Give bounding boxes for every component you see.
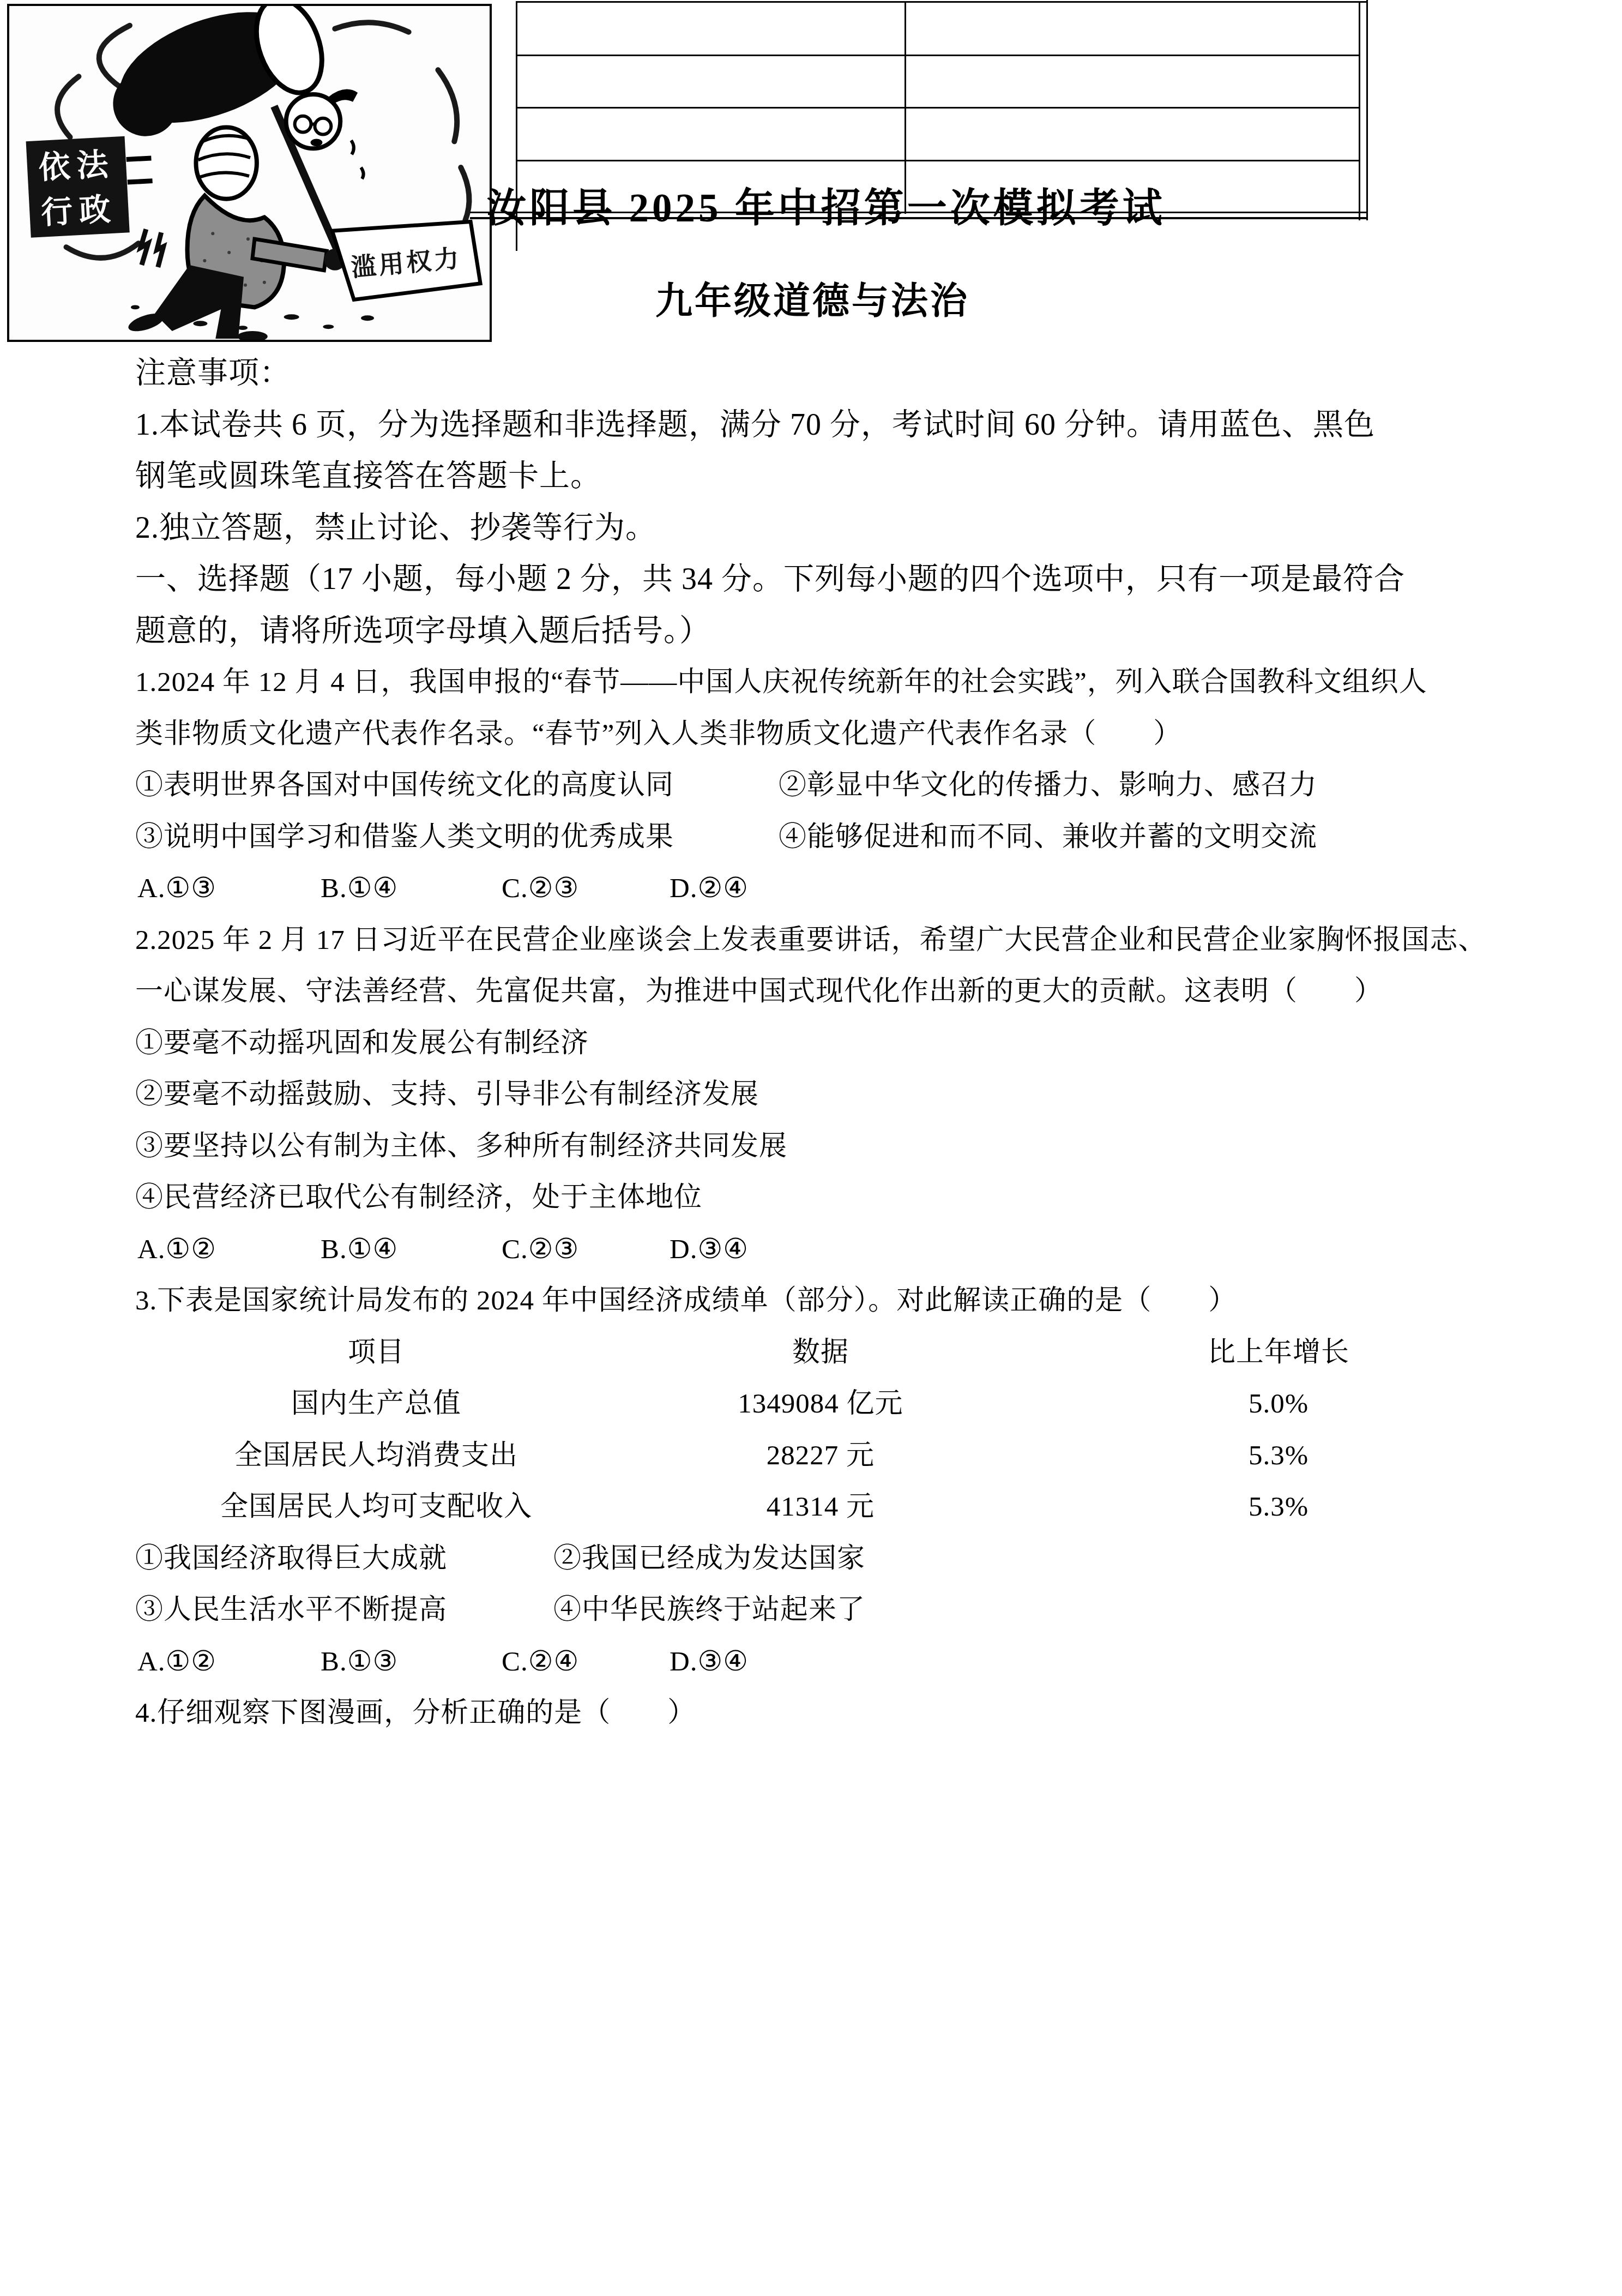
table-border-line: [516, 1, 1368, 3]
q3-row1-growth: 5.0%: [1249, 1378, 1309, 1430]
q2-choice-B: B.①④: [321, 1224, 398, 1276]
q2-statement-3: ③要坚持以公有制为主体、多种所有制经济共同发展: [135, 1121, 1585, 1173]
q3-table-header-item: 项目: [348, 1327, 405, 1379]
q2-choices: A.①② B.①④ C.②③ D.③④: [135, 1224, 1585, 1276]
title-strike-line: [470, 212, 1368, 213]
q3-table-header-data: 数据: [792, 1327, 849, 1379]
gloved-hand: [196, 128, 256, 199]
q2-text-line-2: 一心谋发展、守法善经营、先富促共富，为推进中国式现代化作出新的更大的贡献。这表明…: [135, 966, 1585, 1018]
q1-text-line-2: 类非物质文化遗产代表作名录。“春节”列入人类非物质文化遗产代表作名录（ ）: [135, 708, 1585, 760]
table-border-line: [1366, 0, 1368, 220]
q3-row1-item: 国内生产总值: [291, 1378, 461, 1430]
q3-table-row-3: 全国居民人均可支配收入 41314 元 5.3%: [135, 1481, 1585, 1533]
q3-table-row-1: 国内生产总值 1349084 亿元 5.0%: [135, 1378, 1585, 1430]
cartoon-drawing: 依法 行政: [9, 6, 490, 340]
exam-title: 汝阳县 2025 年中招第一次模拟考试: [486, 184, 1166, 232]
q3-row2-item: 全国居民人均消费支出: [234, 1430, 518, 1482]
q4-text-line-1: 4.仔细观察下图漫画，分析正确的是（ ）: [135, 1687, 1585, 1739]
q3-table-header-row: 项目 数据 比上年增长: [135, 1327, 1585, 1379]
table-border-line: [516, 55, 1360, 56]
flag-text-top: 依法: [38, 147, 116, 185]
q3-statements-34: ③人民生活水平不断提高 ④中华民族终于站起来了: [135, 1584, 1585, 1636]
exam-paper-page: 依法 行政: [0, 0, 1622, 2296]
q1-statement-4: ④能够促进和而不同、兼收并蓄的文明交流: [779, 812, 1317, 863]
q2-choice-C: C.②③: [502, 1224, 579, 1276]
q4-editorial-cartoon: 依法 行政: [7, 4, 492, 342]
q2-statement-2: ②要毫不动摇鼓励、支持、引导非公有制经济发展: [135, 1069, 1585, 1121]
q3-choice-D: D.③④: [670, 1636, 749, 1688]
rule-of-law-flag: 依法 行政: [26, 135, 155, 238]
q1-statement-3: ③说明中国学习和借鉴人类文明的优秀成果: [135, 822, 674, 852]
table-border-line: [1359, 1, 1360, 220]
notice-heading: 注意事项：: [135, 347, 1585, 399]
flag-text-bottom: 行政: [40, 192, 118, 231]
table-border-line: [516, 107, 1360, 109]
q3-statement-1: ①我国经济取得巨大成就: [135, 1543, 447, 1574]
q3-text-line-1: 3.下表是国家统计局发布的 2024 年中国经济成绩单（部分）。对此解读正确的是…: [135, 1275, 1585, 1327]
q1-statement-2: ②彰显中华文化的传播力、影响力、感召力: [779, 760, 1317, 812]
exam-body: 注意事项： 1.本试卷共 6 页，分为选择题和非选择题，满分 70 分，考试时间…: [135, 347, 1585, 1739]
q2-choice-A: A.①②: [137, 1224, 216, 1276]
q3-row1-data: 1349084 亿元: [738, 1378, 903, 1430]
q3-row3-growth: 5.3%: [1249, 1481, 1309, 1533]
title-strike-line: [470, 217, 1368, 219]
q3-row3-data: 41314 元: [767, 1481, 875, 1533]
notice-line-1b: 钢笔或圆珠笔直接答在答题卡上。: [135, 450, 1585, 502]
q3-choices: A.①② B.①③ C.②④ D.③④: [135, 1636, 1585, 1688]
q3-table-header-growth: 比上年增长: [1208, 1327, 1349, 1379]
table-border-line: [905, 1, 906, 214]
q1-choice-C: C.②③: [502, 863, 579, 915]
q1-choices: A.①③ B.①④ C.②③ D.②④: [135, 863, 1585, 915]
q2-choice-D: D.③④: [670, 1224, 749, 1276]
q1-choice-B: B.①④: [321, 863, 398, 915]
q2-text-line-1: 2.2025 年 2 月 17 日习近平在民营企业座谈会上发表重要讲话，希望广大…: [135, 915, 1585, 966]
q1-text-line-1: 1.2024 年 12 月 4 日，我国申报的“春节——中国人庆祝传统新年的社会…: [135, 657, 1585, 708]
q3-choice-C: C.②④: [502, 1636, 579, 1688]
notice-line-1a: 1.本试卷共 6 页，分为选择题和非选择题，满分 70 分，考试时间 60 分钟…: [135, 399, 1585, 451]
q1-statement-1: ①表明世界各国对中国传统文化的高度认同: [135, 770, 674, 801]
q3-statement-2: ②我国已经成为发达国家: [553, 1533, 865, 1585]
q3-statement-3: ③人民生活水平不断提高: [135, 1595, 447, 1625]
q2-statement-4: ④民营经济已取代公有制经济，处于主体地位: [135, 1172, 1585, 1224]
q3-row3-item: 全国居民人均可支配收入: [220, 1481, 532, 1533]
q3-table-row-2: 全国居民人均消费支出 28227 元 5.3%: [135, 1430, 1585, 1482]
section1-heading-line-2: 题意的，请将所选项字母填入题后括号。）: [135, 605, 1585, 657]
q1-statements-34: ③说明中国学习和借鉴人类文明的优秀成果 ④能够促进和而不同、兼收并蓄的文明交流: [135, 812, 1585, 863]
q2-statement-1: ①要毫不动摇巩固和发展公有制经济: [135, 1018, 1585, 1069]
q3-row2-growth: 5.3%: [1249, 1430, 1309, 1482]
notice-line-2: 2.独立答题，禁止讨论、抄袭等行为。: [135, 502, 1585, 554]
shake-marks: [141, 229, 164, 267]
q3-choice-B: B.①③: [321, 1636, 398, 1688]
q3-statements-12: ①我国经济取得巨大成就 ②我国已经成为发达国家: [135, 1533, 1585, 1585]
q1-statements-12: ①表明世界各国对中国传统文化的高度认同 ②彰显中华文化的传播力、影响力、感召力: [135, 760, 1585, 812]
exam-subject-title: 九年级道德与法治: [655, 279, 969, 324]
section1-heading-line-1: 一、选择题（17 小题，每小题 2 分，共 34 分。下列每小题的四个选项中，只…: [135, 554, 1585, 605]
q1-choice-D: D.②④: [670, 863, 749, 915]
table-border-line: [516, 160, 1360, 161]
q3-statement-4: ④中华民族终于站起来了: [553, 1584, 865, 1636]
q3-choice-A: A.①②: [137, 1636, 216, 1688]
q3-row2-data: 28227 元: [767, 1430, 875, 1482]
q1-choice-A: A.①③: [137, 863, 216, 915]
abuse-of-power-paper: 滥用权力: [332, 221, 480, 299]
